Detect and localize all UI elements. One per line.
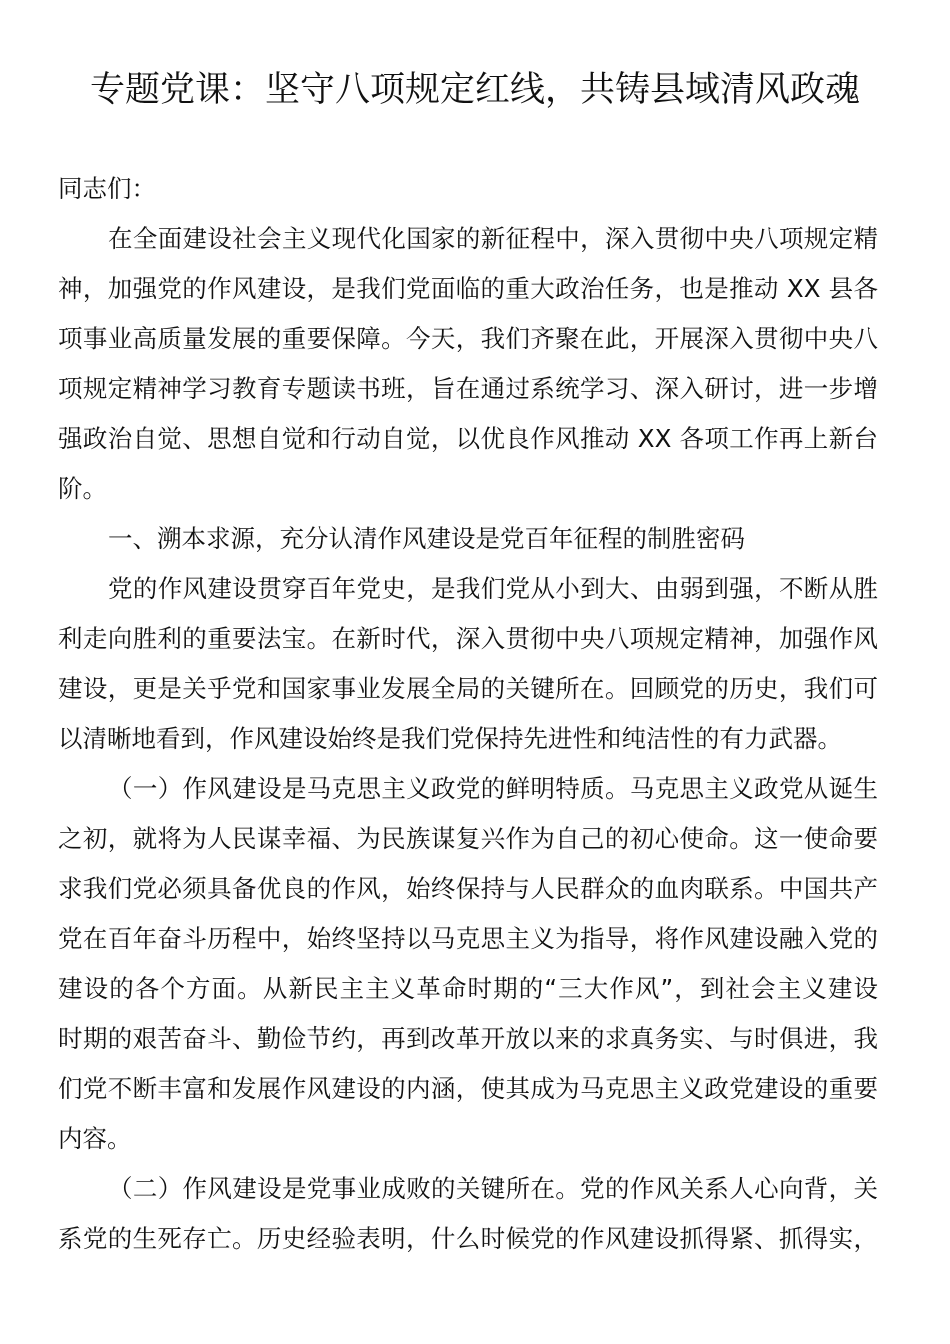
paragraph-section1-intro: 党的作风建设贯穿百年党史，是我们党从小到大、由弱到强，不断从胜 利走向胜利的重要… — [58, 564, 878, 764]
paragraph-line: 项事业高质量发展的重要保障。今天，我们齐聚在此，开展深入贯彻中央八 — [58, 314, 878, 364]
paragraph-line: 阶。 — [58, 464, 878, 514]
paragraph-line: 们党不断丰富和发展作风建设的内涵，使其成为马克思主义政党建设的重要 — [58, 1064, 878, 1114]
paragraph-line: 内容。 — [58, 1114, 878, 1164]
salutation: 同志们： — [58, 164, 878, 214]
section-heading-1: 一、溯本求源，充分认清作风建设是党百年征程的制胜密码 — [58, 514, 878, 564]
paragraph-subpoint-1: （一）作风建设是马克思主义政党的鲜明特质。马克思主义政党从诞生 之初，就将为人民… — [58, 764, 878, 1164]
document-page: 专题党课：坚守八项规定红线，共铸县域清风政魂 同志们： 在全面建设社会主义现代化… — [0, 0, 950, 1344]
paragraph-line: 建设的各个方面。从新民主主义革命时期的“三大作风”，到社会主义建设 — [58, 964, 878, 1014]
paragraph-line: 在全面建设社会主义现代化国家的新征程中，深入贯彻中央八项规定精 — [58, 214, 878, 264]
paragraph-line: 神，加强党的作风建设，是我们党面临的重大政治任务，也是推动 XX 县各 — [58, 264, 878, 314]
paragraph-line: 利走向胜利的重要法宝。在新时代，深入贯彻中央八项规定精神，加强作风 — [58, 614, 878, 664]
paragraph-line: 强政治自觉、思想自觉和行动自觉，以优良作风推动 XX 各项工作再上新台 — [58, 414, 878, 464]
paragraph-line: 党在百年奋斗历程中，始终坚持以马克思主义为指导，将作风建设融入党的 — [58, 914, 878, 964]
paragraph-line: 之初，就将为人民谋幸福、为民族谋复兴作为自己的初心使命。这一使命要 — [58, 814, 878, 864]
paragraph-intro: 在全面建设社会主义现代化国家的新征程中，深入贯彻中央八项规定精 神，加强党的作风… — [58, 214, 878, 514]
paragraph-line: 建设，更是关乎党和国家事业发展全局的关键所在。回顾党的历史，我们可 — [58, 664, 878, 714]
section-heading-text: 一、溯本求源，充分认清作风建设是党百年征程的制胜密码 — [58, 514, 878, 564]
paragraph-line: 项规定精神学习教育专题读书班，旨在通过系统学习、深入研讨，进一步增 — [58, 364, 878, 414]
document-title: 专题党课：坚守八项规定红线，共铸县域清风政魂 — [0, 66, 950, 114]
paragraph-line: 时期的艰苦奋斗、勤俭节约，再到改革开放以来的求真务实、与时俱进，我 — [58, 1014, 878, 1064]
paragraph-line: 以清晰地看到，作风建设始终是我们党保持先进性和纯洁性的有力武器。 — [58, 714, 878, 764]
paragraph-line: （二）作风建设是党事业成败的关键所在。党的作风关系人心向背，关 — [58, 1164, 878, 1214]
paragraph-line: （一）作风建设是马克思主义政党的鲜明特质。马克思主义政党从诞生 — [58, 764, 878, 814]
paragraph-line: 系党的生死存亡。历史经验表明，什么时候党的作风建设抓得紧、抓得实， — [58, 1214, 878, 1264]
paragraph-line: 求我们党必须具备优良的作风，始终保持与人民群众的血肉联系。中国共产 — [58, 864, 878, 914]
paragraph-line: 党的作风建设贯穿百年党史，是我们党从小到大、由弱到强，不断从胜 — [58, 564, 878, 614]
document-body: 同志们： 在全面建设社会主义现代化国家的新征程中，深入贯彻中央八项规定精 神，加… — [58, 164, 878, 1264]
paragraph-subpoint-2: （二）作风建设是党事业成败的关键所在。党的作风关系人心向背，关 系党的生死存亡。… — [58, 1164, 878, 1264]
